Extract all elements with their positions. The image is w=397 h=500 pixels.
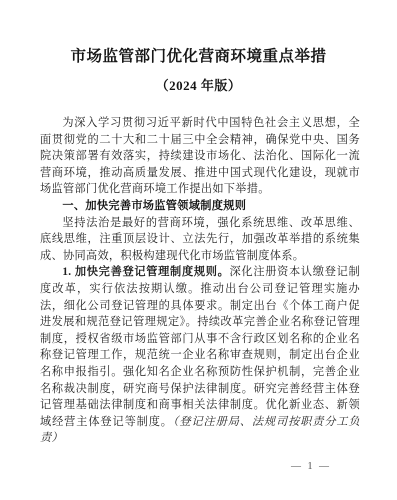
section-1-intro-paragraph: 坚持法治是最好的营商环境，强化系统思维、改革思维、底线思维，注重顶层设计、立法先… [40,215,360,265]
item-1-body: 深化注册资本认缴登记制度改革，实行依法按期认缴。推动出台公司登记管理实施办法，细… [40,266,360,427]
document-body: 为深入学习贯彻习近平新时代中国特色社会主义思想，全面贯彻党的二十大和二十届三中全… [0,115,397,447]
page-title: 市场监管部门优化营商环境重点举措 [0,0,397,66]
section-1-heading: 一、加快完善市场监管领域制度规则 [40,198,360,215]
page-number: — 1 — [291,461,331,472]
page-subtitle: （2024 年版） [0,66,397,94]
section-1-item-1-paragraph: 1. 加快完善登记管理制度规则。深化注册资本认缴登记制度改革，实行依法按期认缴。… [40,264,360,447]
document-page: 市场监管部门优化营商环境重点举措 （2024 年版） 为深入学习贯彻习近平新时代… [0,0,397,500]
intro-paragraph: 为深入学习贯彻习近平新时代中国特色社会主义思想，全面贯彻党的二十大和二十届三中全… [40,115,360,198]
item-1-lead: 1. 加快完善登记管理制度规则。 [62,266,229,278]
